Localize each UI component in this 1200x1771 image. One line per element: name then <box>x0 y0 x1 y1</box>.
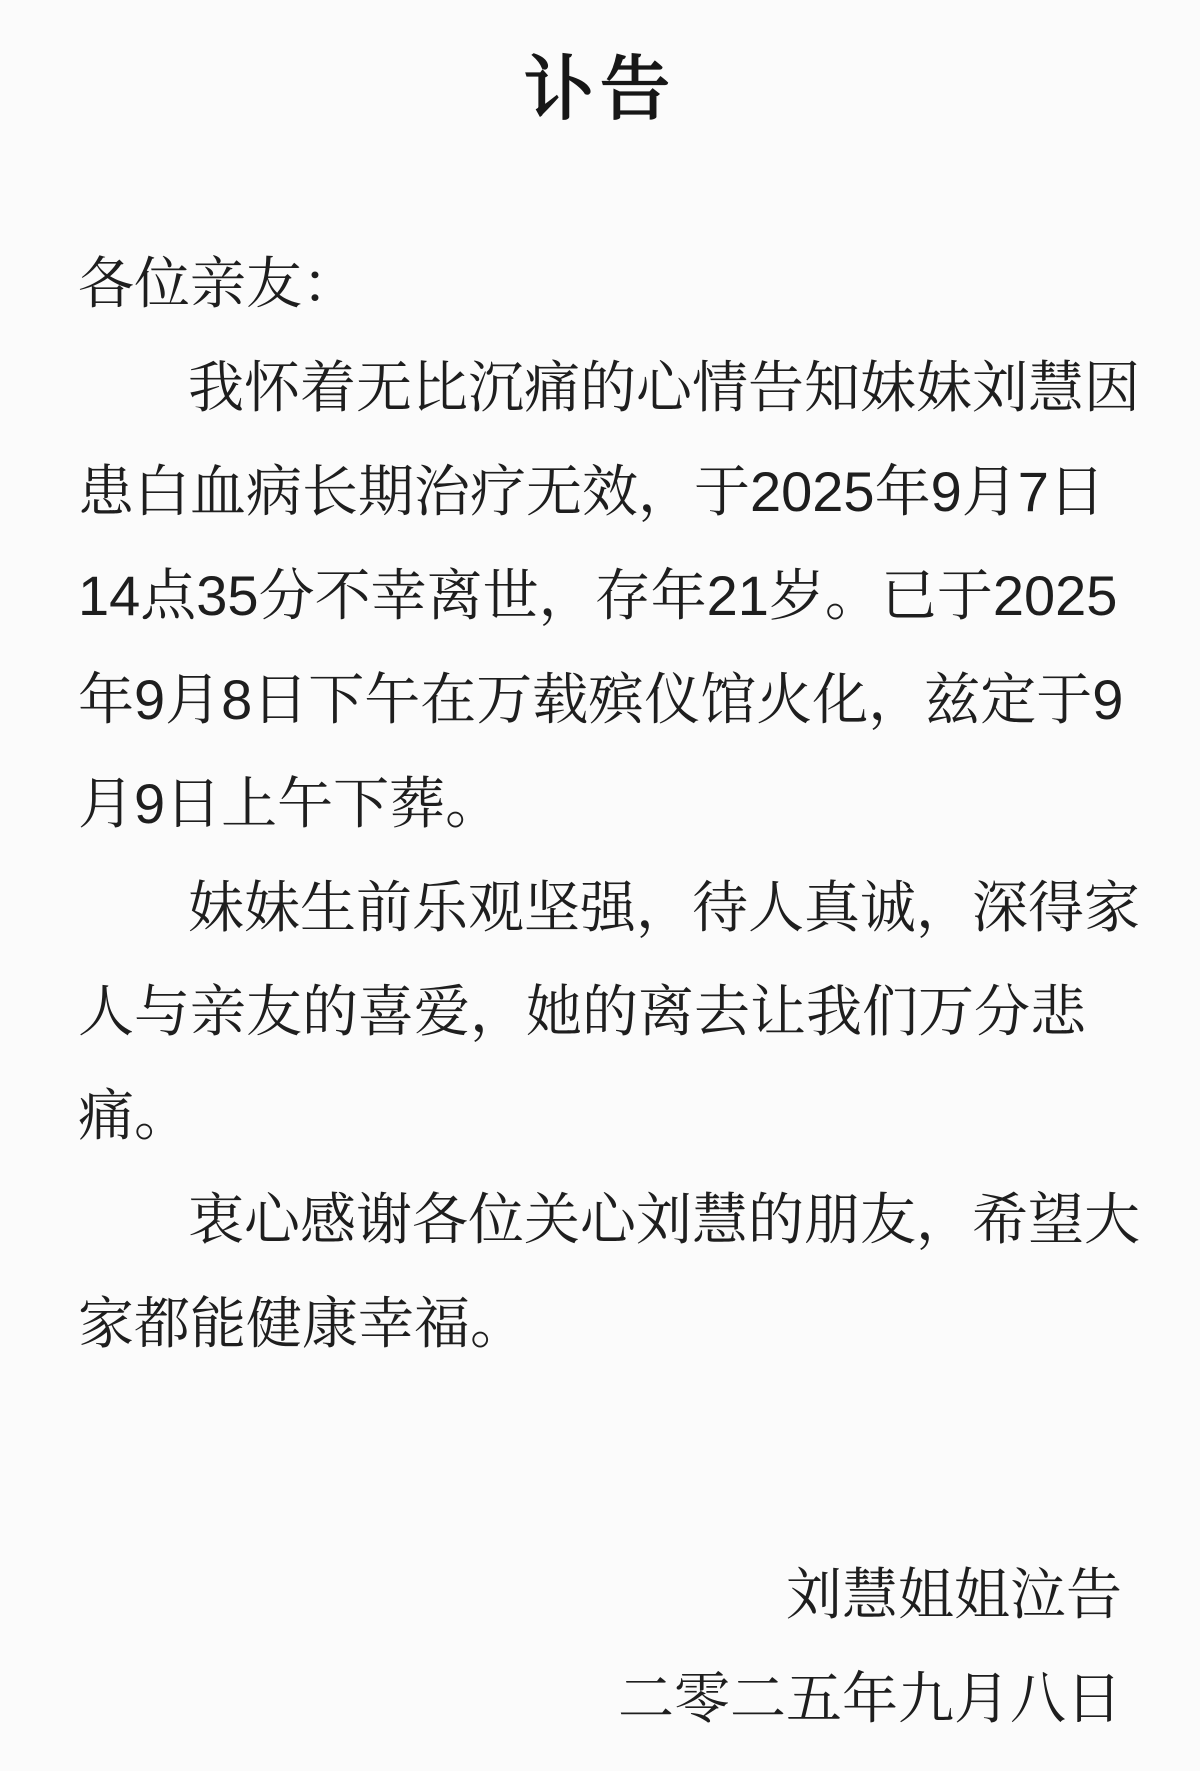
body-line: 患白血病长期治疗无效，于2025年9月7日 <box>78 440 1122 544</box>
date-line: 二零二五年九月八日 <box>78 1647 1122 1751</box>
body-line: 妹妹生前乐观坚强，待人真诚，深得家 <box>78 856 1122 960</box>
obituary-document: 讣告 各位亲友： 我怀着无比沉痛的心情告知妹妹刘慧因 患白血病长期治疗无效，于2… <box>0 0 1200 1771</box>
salutation-line: 各位亲友： <box>78 232 1122 336</box>
body-line: 14点35分不幸离世，存年21岁。已于2025 <box>78 544 1122 648</box>
document-body: 各位亲友： 我怀着无比沉痛的心情告知妹妹刘慧因 患白血病长期治疗无效，于2025… <box>78 232 1122 1376</box>
body-line: 家都能健康幸福。 <box>78 1272 1122 1376</box>
body-line: 月9日上午下葬。 <box>78 752 1122 856</box>
body-line: 衷心感谢各位关心刘慧的朋友，希望大 <box>78 1168 1122 1272</box>
signature-block: 刘慧姐姐泣告 二零二五年九月八日 <box>78 1543 1122 1751</box>
body-line: 我怀着无比沉痛的心情告知妹妹刘慧因 <box>78 336 1122 440</box>
document-title: 讣告 <box>78 42 1122 137</box>
body-line: 痛。 <box>78 1064 1122 1168</box>
body-line: 年9月8日下午在万载殡仪馆火化，兹定于9 <box>78 648 1122 752</box>
signature-line: 刘慧姐姐泣告 <box>78 1543 1122 1647</box>
body-line: 人与亲友的喜爱，她的离去让我们万分悲 <box>78 960 1122 1064</box>
